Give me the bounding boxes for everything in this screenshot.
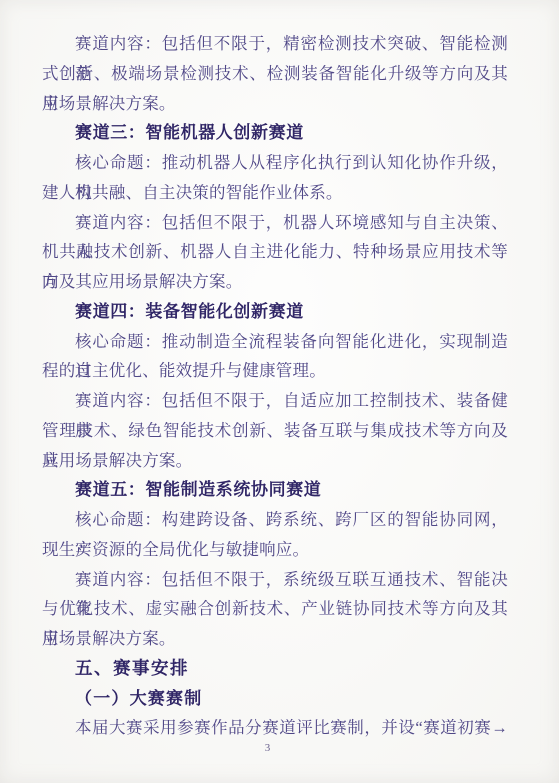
paragraph-line: 管理技术、绿色智能技术创新、装备互联与集成技术等方向及其 <box>42 416 508 446</box>
paragraph-line: 赛道内容：包括但不限于，自适应加工控制技术、装备健康 <box>42 386 508 416</box>
paragraph-line: 机共融技术创新、机器人自主进化能力、特种场景应用技术等方 <box>42 237 508 267</box>
paragraph-line: 向及其应用场景解决方案。 <box>42 267 508 297</box>
paragraph-line: 核心命题：推动机器人从程序化执行到认知化协作升级，构 <box>42 148 508 178</box>
paragraph-line: 建人机共融、自主决策的智能作业体系。 <box>42 178 508 208</box>
paragraph-line: 赛道内容：包括但不限于，精密检测技术突破、智能检测范 <box>42 29 508 59</box>
paragraph-line: 核心命题：构建跨设备、跨系统、跨厂区的智能协同网，实 <box>42 505 508 535</box>
paragraph-line: 式创新、极端场景检测技术、检测装备智能化升级等方向及其应 <box>42 59 508 89</box>
track-heading: 赛道四：装备智能化创新赛道 <box>42 297 508 327</box>
paragraph-line: 现生产资源的全局优化与敏捷响应。 <box>42 535 508 565</box>
paragraph-line: 赛道内容：包括但不限于，系统级互联互通技术、智能决策 <box>42 565 508 595</box>
document-body: 赛道内容：包括但不限于，精密检测技术突破、智能检测范式创新、极端场景检测技术、检… <box>42 29 508 743</box>
paragraph-line: 用场景解决方案。 <box>42 89 508 119</box>
paragraph-line: 用场景解决方案。 <box>42 624 508 654</box>
paragraph-line: 本届大赛采用参赛作品分赛道评比赛制，并设“赛道初赛→ <box>42 713 508 743</box>
document-page: 赛道内容：包括但不限于，精密检测技术突破、智能检测范式创新、极端场景检测技术、检… <box>0 0 559 783</box>
paragraph-line: 应用场景解决方案。 <box>42 446 508 476</box>
paragraph-line: 赛道内容：包括但不限于，机器人环境感知与自主决策、人 <box>42 208 508 238</box>
paragraph-line: 程的自主优化、能效提升与健康管理。 <box>42 356 508 386</box>
track-heading: 赛道五：智能制造系统协同赛道 <box>42 475 508 505</box>
page-number: 3 <box>0 742 535 754</box>
track-heading: 赛道三：智能机器人创新赛道 <box>42 118 508 148</box>
subsection-heading: （一）大赛赛制 <box>42 684 508 714</box>
section-heading: 五、赛事安排 <box>42 654 508 684</box>
paragraph-line: 核心命题：推动制造全流程装备向智能化进化，实现制造过 <box>42 327 508 357</box>
paragraph-line: 与优化技术、虚实融合创新技术、产业链协同技术等方向及其应 <box>42 594 508 624</box>
